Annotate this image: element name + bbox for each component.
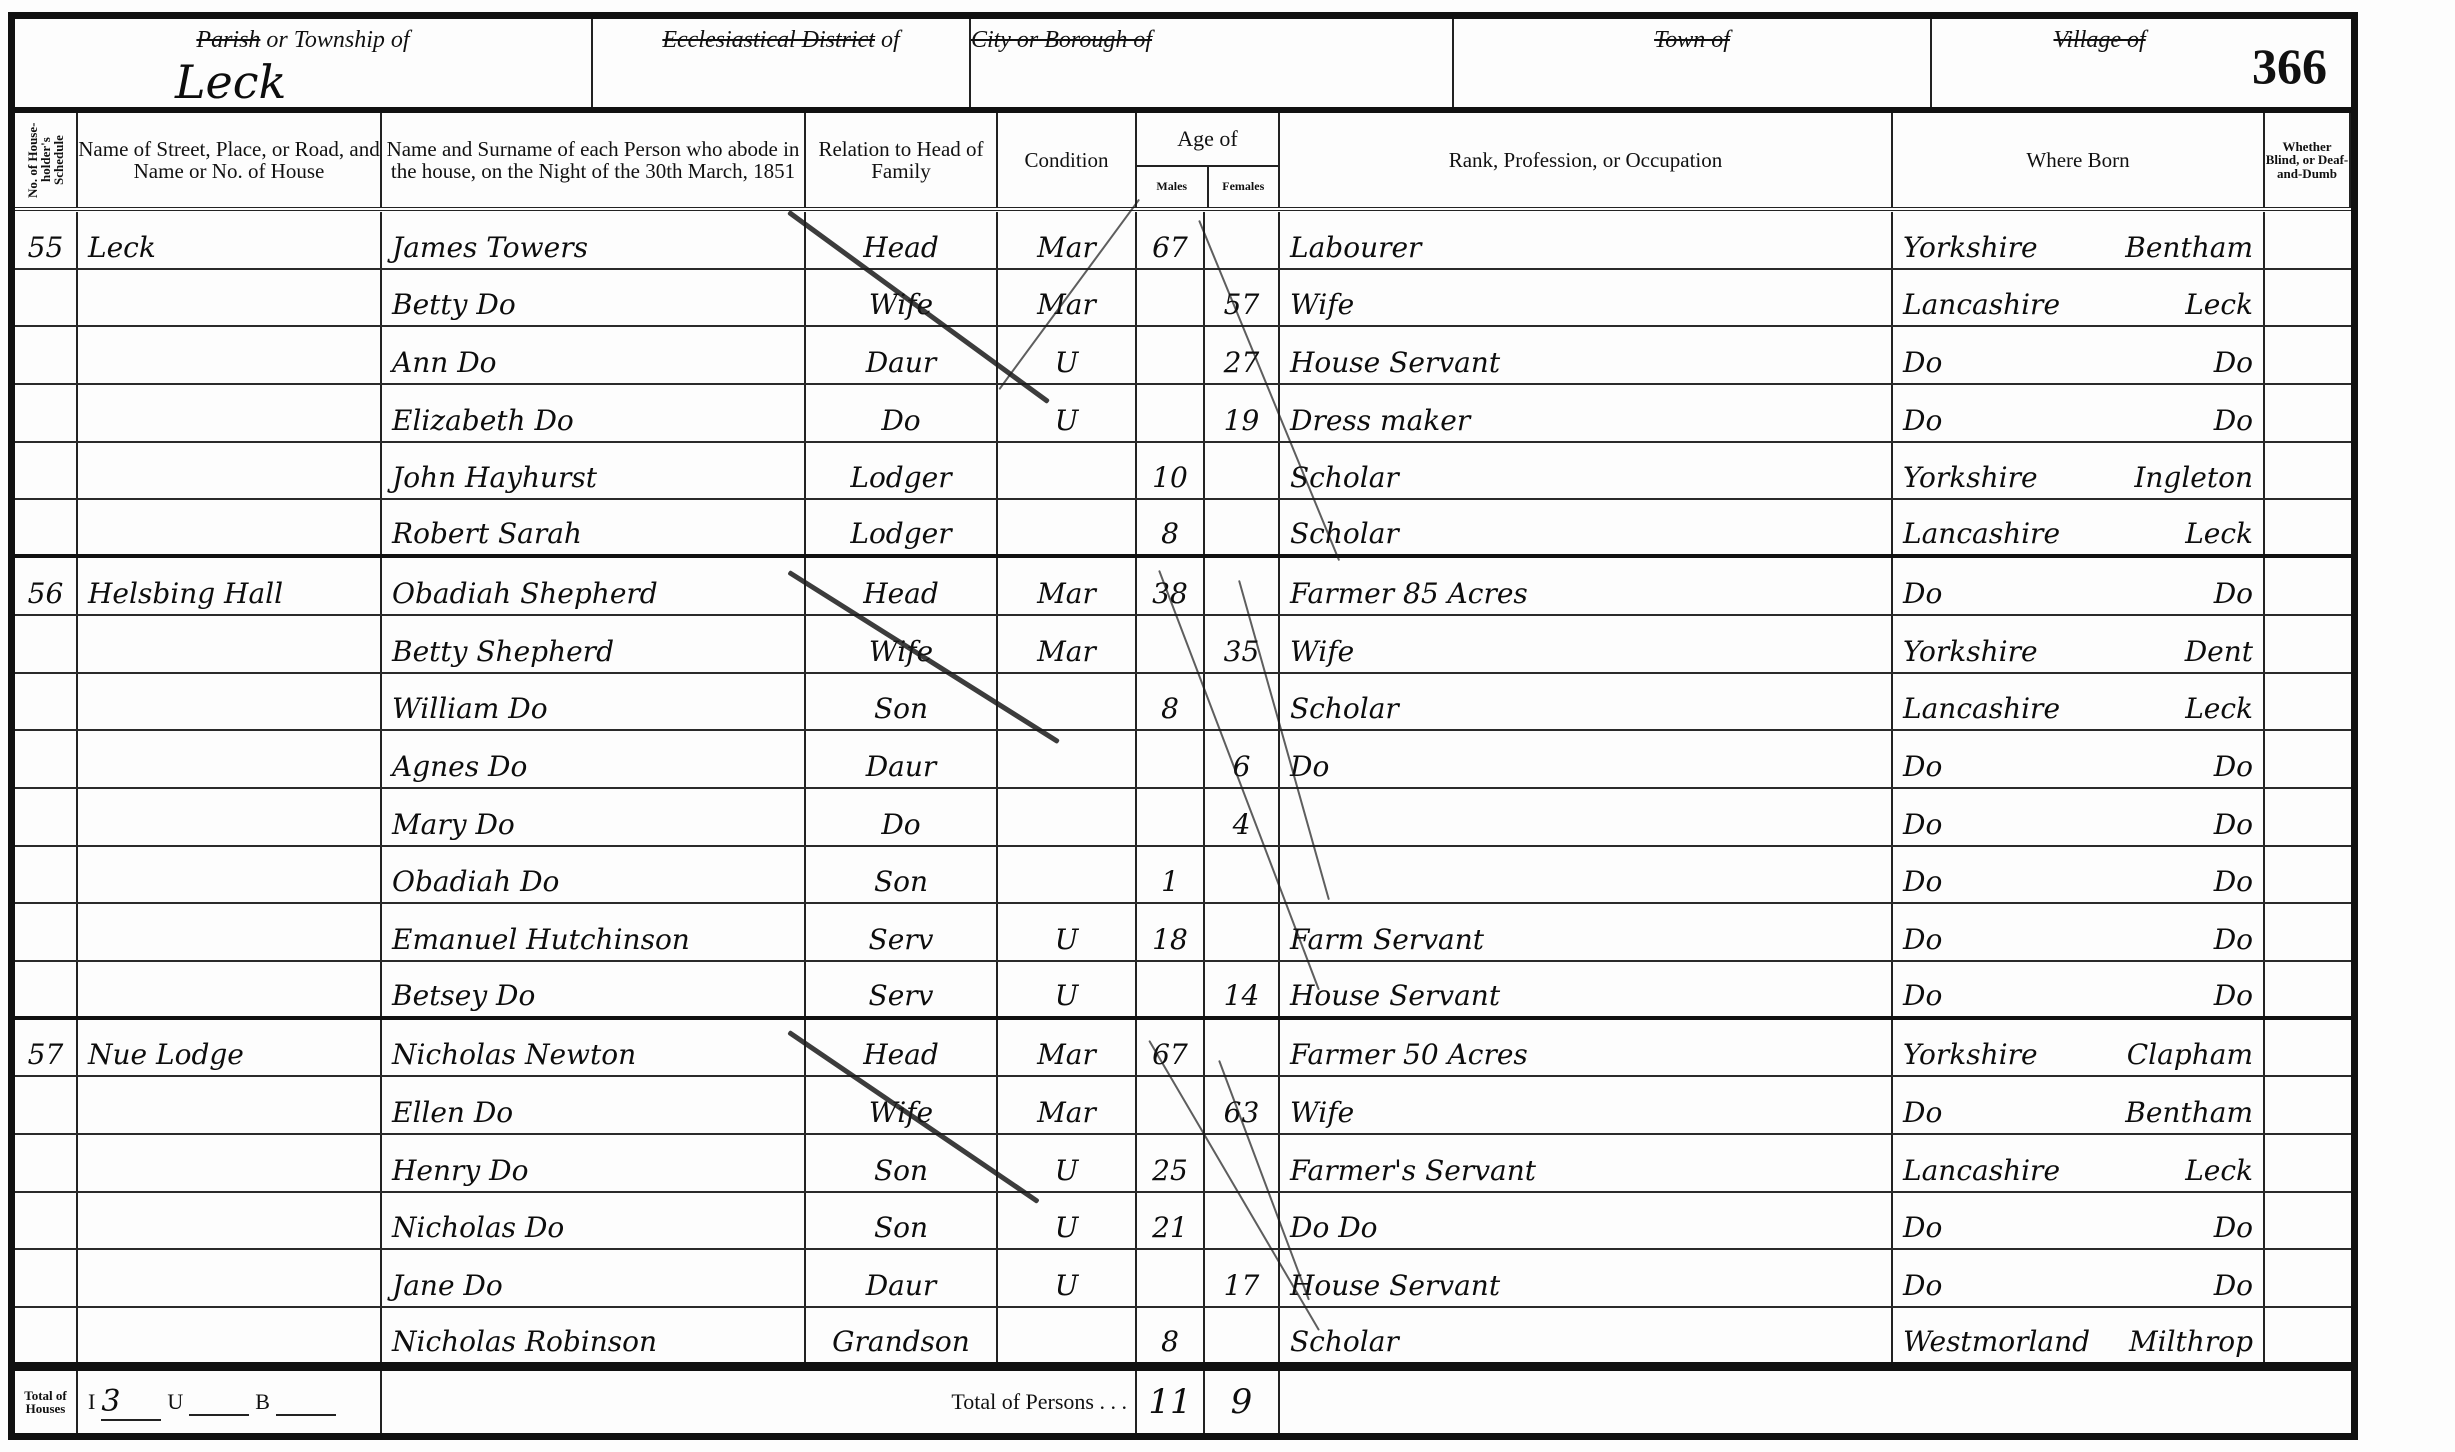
condition: Mar xyxy=(998,616,1137,672)
blind-deaf xyxy=(2265,731,2351,787)
born-county: Do xyxy=(1903,808,1942,841)
table-row: Betty DoWifeMar57WifeLancashireLeck xyxy=(15,270,2351,328)
age-female: 4 xyxy=(1205,789,1280,845)
age-male: 18 xyxy=(1137,904,1205,960)
blind-deaf xyxy=(2265,443,2351,499)
schedule-number xyxy=(15,385,78,441)
condition xyxy=(998,443,1137,499)
blind-deaf xyxy=(2265,270,2351,326)
born-county: Do xyxy=(1903,577,1942,610)
person-name: Betty Shepherd xyxy=(382,616,806,672)
condition: Mar xyxy=(998,212,1137,268)
age-male xyxy=(1137,962,1205,1016)
town-box: Town of xyxy=(1454,19,1932,107)
relation: Head xyxy=(806,558,998,614)
total-males: 11 xyxy=(1137,1371,1205,1433)
occupation: Farmer 50 Acres xyxy=(1280,1020,1893,1076)
where-born: DoBentham xyxy=(1893,1077,2265,1133)
schedule-number: 55 xyxy=(15,212,78,268)
born-place: Do xyxy=(2214,865,2253,898)
born-place: Bentham xyxy=(2125,231,2253,264)
born-place: Do xyxy=(2214,404,2253,437)
condition xyxy=(998,731,1137,787)
table-row: Betsey DoServU14House ServantDoDo xyxy=(15,962,2351,1020)
occupation: Do xyxy=(1280,731,1893,787)
street-name xyxy=(78,270,382,326)
relation: Daur xyxy=(806,327,998,383)
born-county: Do xyxy=(1903,346,1942,379)
where-born: LancashireLeck xyxy=(1893,674,2265,730)
relation: Son xyxy=(806,1193,998,1249)
born-place: Do xyxy=(2214,346,2253,379)
occupation: Scholar xyxy=(1280,674,1893,730)
table-row: Obadiah DoSon1DoDo xyxy=(15,847,2351,905)
town-label: Town of xyxy=(1454,27,1930,54)
street-name xyxy=(78,443,382,499)
condition: U xyxy=(998,962,1137,1016)
occupation: Scholar xyxy=(1280,443,1893,499)
schedule-number xyxy=(15,1308,78,1362)
blind-deaf xyxy=(2265,1077,2351,1133)
table-row: Ellen DoWifeMar63WifeDoBentham xyxy=(15,1077,2351,1135)
person-name: Betsey Do xyxy=(382,962,806,1016)
occupation: Wife xyxy=(1280,270,1893,326)
relation: Serv xyxy=(806,904,998,960)
person-name: Nicholas Newton xyxy=(382,1020,806,1076)
where-born: YorkshireClapham xyxy=(1893,1020,2265,1076)
where-born: WestmorlandMilthrop xyxy=(1893,1308,2265,1362)
schedule-number xyxy=(15,1250,78,1306)
occupation: Farmer's Servant xyxy=(1280,1135,1893,1191)
born-county: Do xyxy=(1903,1269,1942,1302)
person-name: Henry Do xyxy=(382,1135,806,1191)
relation: Serv xyxy=(806,962,998,1016)
occupation: Scholar xyxy=(1280,1308,1893,1362)
schedule-number xyxy=(15,904,78,960)
blind-deaf xyxy=(2265,558,2351,614)
born-place: Bentham xyxy=(2125,1096,2253,1129)
blind-deaf xyxy=(2265,1193,2351,1249)
born-place: Clapham xyxy=(2127,1038,2253,1071)
total-persons-label: Total of Persons . . . xyxy=(382,1371,1137,1433)
born-place: Do xyxy=(2214,979,2253,1012)
person-name: Nicholas Robinson xyxy=(382,1308,806,1362)
blind-deaf xyxy=(2265,212,2351,268)
born-county: Lancashire xyxy=(1903,1154,2060,1187)
totals-row: Total of Houses I 3 U B Total of Persons… xyxy=(15,1366,2351,1433)
schedule-number: 56 xyxy=(15,558,78,614)
age-male xyxy=(1137,731,1205,787)
schedule-number xyxy=(15,1193,78,1249)
where-born: YorkshireBentham xyxy=(1893,212,2265,268)
parish-box: Parish or Township of Leck xyxy=(15,19,593,107)
age-female xyxy=(1205,1135,1280,1191)
inhabited-value: 3 xyxy=(101,1384,161,1421)
where-born: YorkshireIngleton xyxy=(1893,443,2265,499)
born-place: Leck xyxy=(2185,692,2253,725)
born-place: Do xyxy=(2214,577,2253,610)
street-name xyxy=(78,847,382,903)
blind-deaf xyxy=(2265,327,2351,383)
condition: U xyxy=(998,1193,1137,1249)
born-county: Do xyxy=(1903,865,1942,898)
schedule-number xyxy=(15,847,78,903)
age-female xyxy=(1205,500,1280,554)
person-name: Obadiah Do xyxy=(382,847,806,903)
age-female: 57 xyxy=(1205,270,1280,326)
person-name: Elizabeth Do xyxy=(382,385,806,441)
condition: U xyxy=(998,327,1137,383)
street-name xyxy=(78,1135,382,1191)
blind-deaf xyxy=(2265,1250,2351,1306)
age-male xyxy=(1137,385,1205,441)
header-age-of: Age of xyxy=(1137,113,1278,167)
schedule-number xyxy=(15,327,78,383)
table-row: Nicholas DoSonU21Do DoDoDo xyxy=(15,1193,2351,1251)
column-headers: No. of House-holder's Schedule Name of S… xyxy=(15,113,2351,211)
blind-deaf xyxy=(2265,962,2351,1016)
city-label: City or Borough of xyxy=(821,27,1302,54)
blind-deaf xyxy=(2265,1135,2351,1191)
born-place: Do xyxy=(2214,1211,2253,1244)
born-place: Dent xyxy=(2185,635,2253,668)
born-place: Do xyxy=(2214,808,2253,841)
street-name xyxy=(78,789,382,845)
where-born: DoDo xyxy=(1893,962,2265,1016)
condition: U xyxy=(998,1135,1137,1191)
person-name: Robert Sarah xyxy=(382,500,806,554)
parish-value: Leck xyxy=(175,55,286,109)
condition xyxy=(998,1308,1137,1362)
born-county: Lancashire xyxy=(1903,517,2060,550)
header-age: Age of Males Females xyxy=(1137,113,1280,207)
header-males: Males xyxy=(1137,167,1209,207)
born-place: Do xyxy=(2214,923,2253,956)
header-street: Name of Street, Place, or Road, and Name… xyxy=(78,113,382,207)
where-born: LancashireLeck xyxy=(1893,500,2265,554)
header-occupation: Rank, Profession, or Occupation xyxy=(1280,113,1893,207)
condition xyxy=(998,789,1137,845)
age-female: 14 xyxy=(1205,962,1280,1016)
where-born: DoDo xyxy=(1893,731,2265,787)
table-row: Nicholas RobinsonGrandson8ScholarWestmor… xyxy=(15,1308,2351,1366)
age-male xyxy=(1137,1250,1205,1306)
village-label: Village of xyxy=(1932,27,2267,54)
street-name xyxy=(78,1250,382,1306)
schedule-number: 57 xyxy=(15,1020,78,1076)
street-name xyxy=(78,1308,382,1362)
relation: Wife xyxy=(806,1077,998,1133)
born-county: Yorkshire xyxy=(1903,461,2038,494)
age-male: 21 xyxy=(1137,1193,1205,1249)
houses-counts: I 3 U B xyxy=(78,1371,382,1433)
schedule-number xyxy=(15,789,78,845)
born-county: Do xyxy=(1903,923,1942,956)
person-name: Ellen Do xyxy=(382,1077,806,1133)
person-name: Jane Do xyxy=(382,1250,806,1306)
header-females: Females xyxy=(1209,167,1279,207)
born-county: Westmorland xyxy=(1903,1325,2090,1358)
building-label: B xyxy=(255,1389,270,1415)
age-male: 67 xyxy=(1137,212,1205,268)
born-county: Do xyxy=(1903,1096,1942,1129)
city-box: City or Borough of xyxy=(971,19,1454,107)
schedule-number xyxy=(15,1077,78,1133)
street-name xyxy=(78,327,382,383)
condition: Mar xyxy=(998,558,1137,614)
born-place: Do xyxy=(2214,750,2253,783)
header-blind-deaf: Whether Blind, or Deaf-and-Dumb xyxy=(2265,113,2351,207)
where-born: DoDo xyxy=(1893,558,2265,614)
blind-deaf xyxy=(2265,500,2351,554)
schedule-number xyxy=(15,674,78,730)
person-name: Emanuel Hutchinson xyxy=(382,904,806,960)
census-page: Parish or Township of Leck Ecclesiastica… xyxy=(0,0,2455,1452)
person-name: Nicholas Do xyxy=(382,1193,806,1249)
street-name: Nue Lodge xyxy=(78,1020,382,1076)
occupation: Farmer 85 Acres xyxy=(1280,558,1893,614)
header-where-born: Where Born xyxy=(1893,113,2265,207)
born-county: Yorkshire xyxy=(1903,1038,2038,1071)
table-row: Jane DoDaurU17House ServantDoDo xyxy=(15,1250,2351,1308)
district-header: Parish or Township of Leck Ecclesiastica… xyxy=(15,19,2351,113)
relation: Grandson xyxy=(806,1308,998,1362)
born-county: Lancashire xyxy=(1903,692,2060,725)
table-row: Robert SarahLodger8ScholarLancashireLeck xyxy=(15,500,2351,558)
street-name xyxy=(78,674,382,730)
table-row: Henry DoSonU25Farmer's ServantLancashire… xyxy=(15,1135,2351,1193)
where-born: DoDo xyxy=(1893,1250,2265,1306)
schedule-number xyxy=(15,443,78,499)
born-county: Do xyxy=(1903,979,1942,1012)
where-born: DoDo xyxy=(1893,1193,2265,1249)
occupation: Wife xyxy=(1280,616,1893,672)
person-name: Mary Do xyxy=(382,789,806,845)
born-county: Yorkshire xyxy=(1903,231,2038,264)
occupation xyxy=(1280,847,1893,903)
header-relation: Relation to Head of Family xyxy=(806,113,998,207)
born-county: Do xyxy=(1903,750,1942,783)
occupation: Scholar xyxy=(1280,500,1893,554)
relation: Daur xyxy=(806,731,998,787)
person-name: John Hayhurst xyxy=(382,443,806,499)
schedule-number xyxy=(15,616,78,672)
occupation: Wife xyxy=(1280,1077,1893,1133)
street-name xyxy=(78,962,382,1016)
where-born: DoDo xyxy=(1893,904,2265,960)
blind-deaf xyxy=(2265,1020,2351,1076)
folio-number: 366 xyxy=(2252,37,2327,95)
blind-deaf xyxy=(2265,789,2351,845)
age-male xyxy=(1137,327,1205,383)
total-houses-label: Total of Houses xyxy=(15,1371,78,1433)
street-name xyxy=(78,731,382,787)
relation: Do xyxy=(806,789,998,845)
condition: Mar xyxy=(998,1077,1137,1133)
table-row: Mary DoDo4DoDo xyxy=(15,789,2351,847)
header-condition: Condition xyxy=(998,113,1137,207)
age-male: 1 xyxy=(1137,847,1205,903)
born-county: Do xyxy=(1903,1211,1942,1244)
relation: Son xyxy=(806,1135,998,1191)
parish-label: Parish or Township of xyxy=(15,27,591,54)
schedule-number xyxy=(15,270,78,326)
occupation: House Servant xyxy=(1280,962,1893,1016)
person-name: Ann Do xyxy=(382,327,806,383)
where-born: DoDo xyxy=(1893,847,2265,903)
condition: U xyxy=(998,1250,1137,1306)
occupation: House Servant xyxy=(1280,1250,1893,1306)
street-name xyxy=(78,1077,382,1133)
where-born: LancashireLeck xyxy=(1893,1135,2265,1191)
age-male: 8 xyxy=(1137,1308,1205,1362)
table-row: John HayhurstLodger10ScholarYorkshireIng… xyxy=(15,443,2351,501)
born-place: Leck xyxy=(2185,517,2253,550)
table-row: Betty ShepherdWifeMar35WifeYorkshireDent xyxy=(15,616,2351,674)
schedule-number xyxy=(15,962,78,1016)
person-name: James Towers xyxy=(382,212,806,268)
occupation: Dress maker xyxy=(1280,385,1893,441)
inhabited-label: I xyxy=(88,1389,95,1415)
blind-deaf xyxy=(2265,1308,2351,1362)
header-name: Name and Surname of each Person who abod… xyxy=(382,113,806,207)
village-box: Village of 366 xyxy=(1932,19,2351,107)
table-row: Emanuel HutchinsonServU18Farm ServantDoD… xyxy=(15,904,2351,962)
blind-deaf xyxy=(2265,616,2351,672)
born-county: Yorkshire xyxy=(1903,635,2038,668)
table-row: 57Nue LodgeNicholas NewtonHeadMar67Farme… xyxy=(15,1020,2351,1078)
header-schedule: No. of House-holder's Schedule xyxy=(15,113,78,207)
age-male xyxy=(1137,789,1205,845)
born-place: Leck xyxy=(2185,288,2253,321)
age-male: 8 xyxy=(1137,674,1205,730)
person-name: Betty Do xyxy=(382,270,806,326)
relation: Head xyxy=(806,212,998,268)
born-county: Lancashire xyxy=(1903,288,2060,321)
occupation: Do Do xyxy=(1280,1193,1893,1249)
age-male: 10 xyxy=(1137,443,1205,499)
schedule-number xyxy=(15,500,78,554)
born-place: Leck xyxy=(2185,1154,2253,1187)
age-male: 8 xyxy=(1137,500,1205,554)
condition: U xyxy=(998,904,1137,960)
condition: U xyxy=(998,385,1137,441)
schedule-number xyxy=(15,731,78,787)
age-male: 25 xyxy=(1137,1135,1205,1191)
age-female: 27 xyxy=(1205,327,1280,383)
table-row: William DoSon8ScholarLancashireLeck xyxy=(15,674,2351,732)
table-row: Elizabeth DoDoU19Dress makerDoDo xyxy=(15,385,2351,443)
relation: Lodger xyxy=(806,500,998,554)
street-name xyxy=(78,385,382,441)
blind-deaf xyxy=(2265,904,2351,960)
age-female xyxy=(1205,904,1280,960)
street-name xyxy=(78,904,382,960)
uninhabited-label: U xyxy=(167,1389,183,1415)
age-female xyxy=(1205,558,1280,614)
table-row: Ann DoDaurU27House ServantDoDo xyxy=(15,327,2351,385)
occupation: Labourer xyxy=(1280,212,1893,268)
street-name: Helsbing Hall xyxy=(78,558,382,614)
street-name xyxy=(78,1193,382,1249)
where-born: YorkshireDent xyxy=(1893,616,2265,672)
table-row: Agnes DoDaur6DoDoDo xyxy=(15,731,2351,789)
condition: Mar xyxy=(998,1020,1137,1076)
where-born: LancashireLeck xyxy=(1893,270,2265,326)
age-female xyxy=(1205,1308,1280,1362)
census-rows: 55LeckJames TowersHeadMar67LabourerYorks… xyxy=(15,212,2351,1366)
total-females: 9 xyxy=(1205,1371,1280,1433)
blind-deaf xyxy=(2265,385,2351,441)
blind-deaf xyxy=(2265,674,2351,730)
table-row: 56Helsbing HallObadiah ShepherdHeadMar38… xyxy=(15,558,2351,616)
relation: Do xyxy=(806,385,998,441)
street-name: Leck xyxy=(78,212,382,268)
where-born: DoDo xyxy=(1893,327,2265,383)
relation: Daur xyxy=(806,1250,998,1306)
age-female: 6 xyxy=(1205,731,1280,787)
condition xyxy=(998,674,1137,730)
where-born: DoDo xyxy=(1893,385,2265,441)
street-name xyxy=(78,616,382,672)
age-female: 35 xyxy=(1205,616,1280,672)
age-female xyxy=(1205,443,1280,499)
street-name xyxy=(78,500,382,554)
age-male xyxy=(1137,1077,1205,1133)
age-female xyxy=(1205,1020,1280,1076)
age-female: 17 xyxy=(1205,1250,1280,1306)
occupation xyxy=(1280,789,1893,845)
relation: Son xyxy=(806,847,998,903)
age-male xyxy=(1137,270,1205,326)
occupation: Farm Servant xyxy=(1280,904,1893,960)
condition xyxy=(998,500,1137,554)
born-place: Milthrop xyxy=(2129,1325,2253,1358)
born-place: Do xyxy=(2214,1269,2253,1302)
schedule-number xyxy=(15,1135,78,1191)
born-county: Do xyxy=(1903,404,1942,437)
age-male: 67 xyxy=(1137,1020,1205,1076)
blind-deaf xyxy=(2265,847,2351,903)
relation: Lodger xyxy=(806,443,998,499)
born-place: Ingleton xyxy=(2134,461,2253,494)
where-born: DoDo xyxy=(1893,789,2265,845)
occupation: House Servant xyxy=(1280,327,1893,383)
person-name: William Do xyxy=(382,674,806,730)
table-row: 55LeckJames TowersHeadMar67LabourerYorks… xyxy=(15,212,2351,270)
person-name: Agnes Do xyxy=(382,731,806,787)
person-name: Obadiah Shepherd xyxy=(382,558,806,614)
condition xyxy=(998,847,1137,903)
